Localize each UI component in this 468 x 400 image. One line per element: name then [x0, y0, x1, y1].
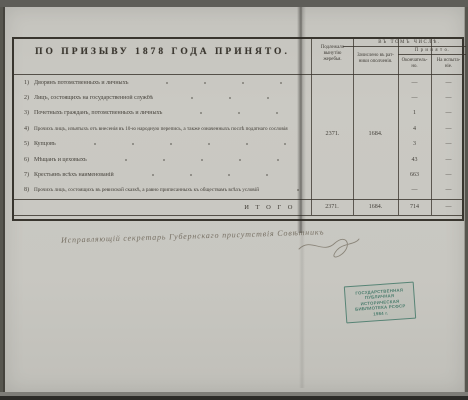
col-header-lot: Подлежало вынутію жеребья. [312, 45, 353, 63]
leader-dots [142, 81, 301, 85]
table-row: 8)Прочихъ лицъ, состоящихъ въ ревизской … [14, 183, 466, 198]
totals-lot: 2371. [311, 204, 353, 210]
scanned-document-page: ПО ПРИЗЫВУ 1878 ГОДА ПРИНЯТО. Подлежало … [3, 7, 465, 392]
totals-row: И Т О Г О 2371. 1684. 714 — [14, 199, 466, 215]
col-header-trial: На испыта- ніе. [432, 58, 465, 70]
row-label: Почетныхъ гражданъ, потомственныхъ и лич… [34, 110, 162, 116]
leader-dots [128, 173, 301, 177]
row-number: 6) [24, 157, 29, 163]
value-trial: — [431, 141, 466, 147]
value-final: 43 [398, 157, 431, 163]
table-row: 6)Мѣщанъ и цеховыхъ 43 — [14, 152, 466, 167]
value-trial: — [431, 95, 466, 101]
stamp-line: 1984 г. [373, 310, 388, 317]
value-final: — [398, 95, 431, 101]
scan-edge-bottom-dark [0, 396, 468, 400]
row-label: Прочихъ лицъ, изъятыхъ отъ внесенія въ 1… [34, 126, 288, 132]
leader-dots [70, 142, 301, 146]
value-trial: — [431, 110, 466, 116]
table-row: 1)Дворянъ потомственныхъ и личныхъ — — [14, 75, 466, 90]
group-accepted-rule [398, 54, 466, 55]
row-label: Крестьянъ всѣхъ наименованій [34, 172, 114, 178]
col-header-militia: Зачислено въ рат- ники ополченія. [354, 53, 397, 65]
leader-dots [167, 96, 301, 100]
table-row: 7)Крестьянъ всѣхъ наименованій 663 — [14, 167, 466, 182]
totals-militia: 1684. [353, 204, 398, 210]
leader-dots [273, 188, 301, 192]
value-final: — [398, 187, 431, 193]
row-number: 5) [24, 141, 29, 147]
merged-value-militia: 1684. [354, 130, 397, 137]
library-stamp: ГОСУДАРСТВЕННАЯ ПУБЛИЧНАЯ ИСТОРИЧЕСКАЯ Б… [344, 282, 416, 324]
value-trial: — [431, 80, 466, 86]
signature-flourish [297, 235, 361, 261]
scan-edge-top [0, 0, 468, 7]
leader-dots [176, 111, 301, 115]
value-final: 4 [398, 126, 431, 132]
row-number: 3) [24, 110, 29, 116]
totals-label: И Т О Г О [14, 204, 311, 211]
value-final: — [398, 80, 431, 86]
value-final: 663 [398, 172, 431, 178]
row-label: Мѣщанъ и цеховыхъ [34, 157, 87, 163]
row-label: Лицъ, состоящихъ на государственной служ… [34, 95, 153, 101]
merged-value-lot: 2371. [312, 130, 353, 137]
table-row: 4)Прочихъ лицъ, изъятыхъ отъ внесенія въ… [14, 121, 466, 136]
group-header-in-number: ВЪ ТОМЪ ЧИСЛѢ. [353, 40, 466, 46]
leader-dots [101, 158, 301, 162]
conscription-table: ПО ПРИЗЫВУ 1878 ГОДА ПРИНЯТО. Подлежало … [12, 37, 464, 221]
table-body: 1)Дворянъ потомственныхъ и личныхъ — — 2… [14, 75, 466, 198]
row-number: 7) [24, 172, 29, 178]
totals-bottom-rule [14, 215, 462, 216]
row-number: 4) [24, 126, 29, 132]
value-final: 1 [398, 110, 431, 116]
row-label: Купцовъ [34, 141, 56, 147]
totals-trial: — [431, 204, 466, 210]
row-number: 8) [24, 187, 29, 193]
table-row: 2)Лицъ, состоящихъ на государственной сл… [14, 90, 466, 105]
row-number: 2) [24, 95, 29, 101]
value-trial: — [431, 172, 466, 178]
value-trial: — [431, 157, 466, 163]
value-trial: — [431, 187, 466, 193]
table-title: ПО ПРИЗЫВУ 1878 ГОДА ПРИНЯТО. [14, 47, 311, 57]
col-header-final: Окончатель- но. [399, 58, 430, 70]
value-trial: — [431, 126, 466, 132]
row-label: Дворянъ потомственныхъ и личныхъ [34, 80, 128, 86]
table-row: 5)Купцовъ 3 — [14, 137, 466, 152]
value-final: 3 [398, 141, 431, 147]
table-row: 3)Почетныхъ гражданъ, потомственныхъ и л… [14, 106, 466, 121]
row-label: Прочихъ лицъ, состоящихъ въ ревизской ск… [34, 187, 259, 193]
totals-final: 714 [398, 204, 431, 210]
group-header-accepted: П р и н я т о. [398, 48, 466, 54]
row-number: 1) [24, 80, 29, 86]
